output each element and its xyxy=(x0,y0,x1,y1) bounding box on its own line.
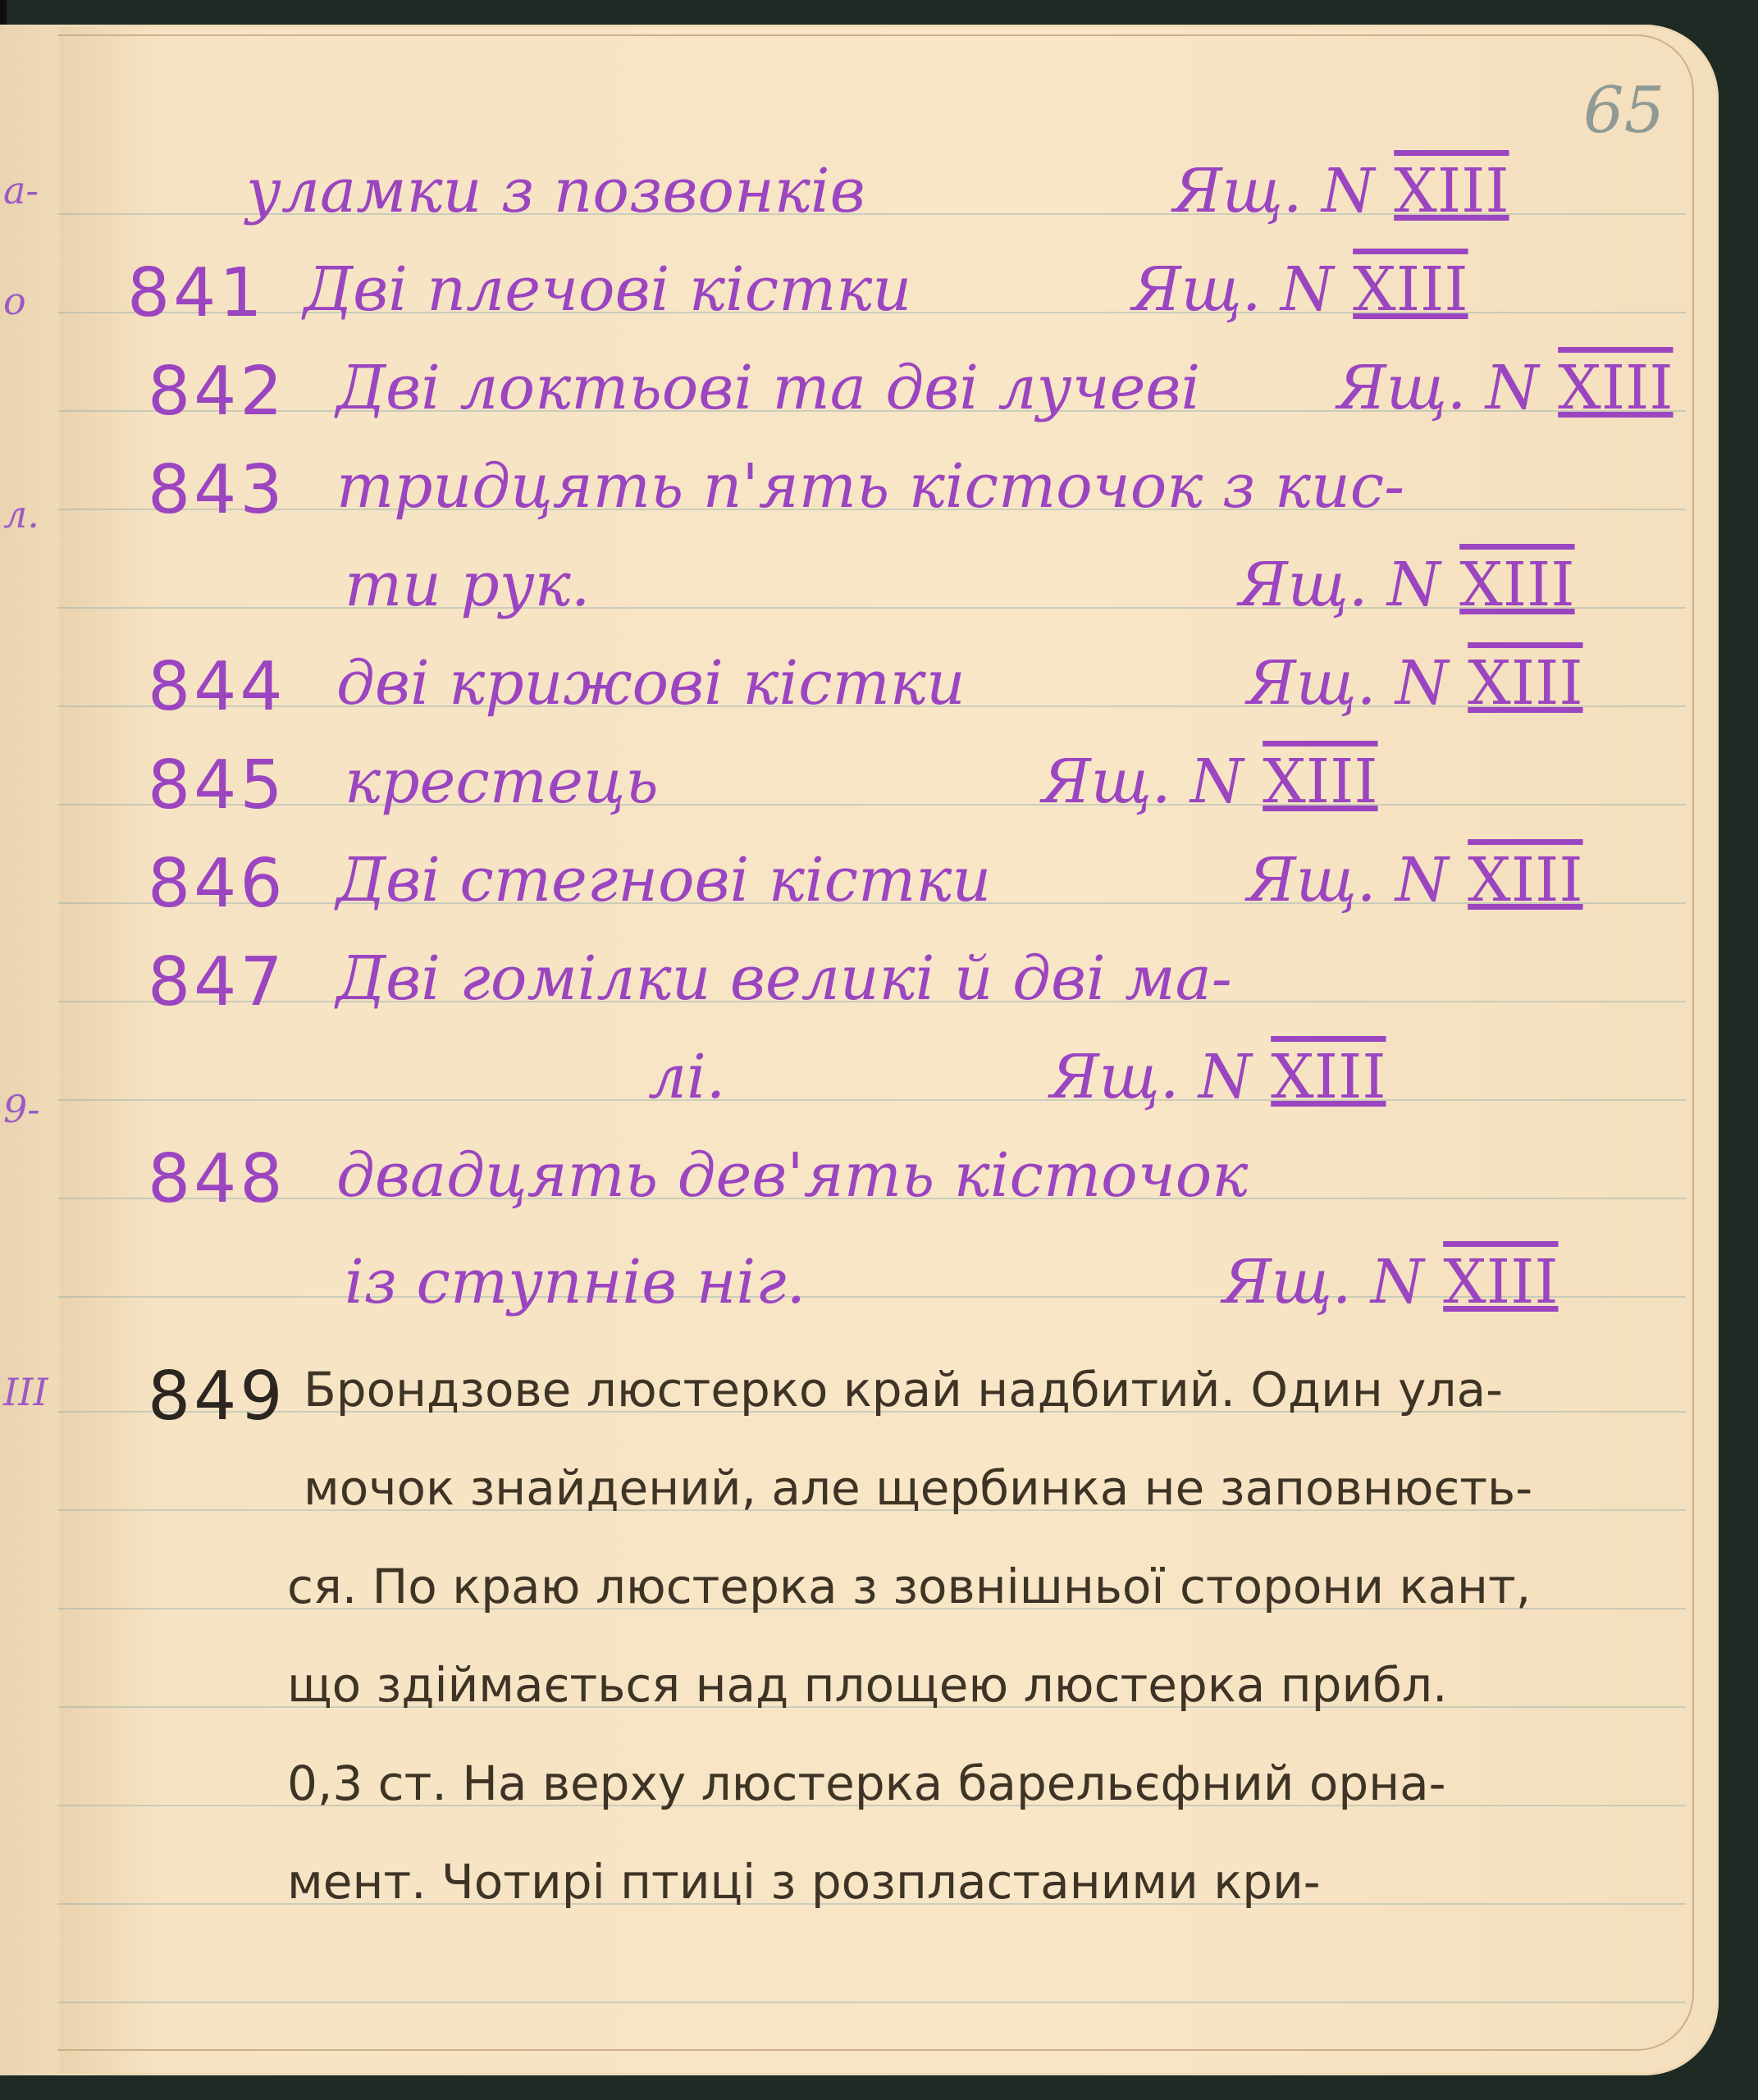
entry-text-line: мочок знайдений, але щербинка не заповню… xyxy=(304,1460,1532,1516)
entry-text: тридцять п'ять кісточок з кис- xyxy=(336,451,1404,522)
entry-text: дві крижові кістки xyxy=(336,648,966,719)
box-reference: Ящ. N XIII xyxy=(1239,550,1575,620)
box-reference: Ящ. N XIII xyxy=(1247,648,1583,719)
entry-number: 844 xyxy=(148,648,286,726)
entry-text-line: мент. Чотирі птиці з розпластаними кри- xyxy=(287,1854,1321,1910)
entry-text: двадцять дев'ять кісточок xyxy=(336,1140,1248,1211)
left-page-fragment: 9- xyxy=(3,1087,40,1131)
ruled-line xyxy=(57,2002,1686,2003)
entry-text: Дві локтьові та дві лучеві xyxy=(336,353,1200,423)
entry-text: крестець xyxy=(345,746,659,817)
entry-text-line: 0,3 ст. На верху люстерка барельєфний ор… xyxy=(287,1755,1446,1811)
box-reference: Ящ. N XIII xyxy=(1050,1042,1386,1112)
page-border xyxy=(57,34,1694,2051)
entry-number: 843 xyxy=(148,451,286,529)
left-page-edge: а- о л. 9- ІІІ xyxy=(0,25,63,2075)
ruled-line xyxy=(57,1099,1686,1101)
page-number: 65 xyxy=(1583,74,1664,148)
box-reference: Ящ. N XIII xyxy=(1132,254,1468,325)
entry-number: 848 xyxy=(148,1140,286,1218)
entry-number: 847 xyxy=(148,943,286,1021)
entry-number: 842 xyxy=(148,353,286,431)
entry-text: Дві гомілки великі й дві ма- xyxy=(336,943,1232,1014)
box-reference: Ящ. N XIII xyxy=(1222,1247,1559,1317)
entry-text-line: ся. По краю люстерка з зовнішньої сторон… xyxy=(287,1559,1531,1614)
left-page-fragment: о xyxy=(3,279,26,323)
left-page-fragment: л. xyxy=(3,492,39,536)
entry-text: із ступнів ніг. xyxy=(345,1247,806,1317)
box-reference: Ящ. N XIII xyxy=(1173,156,1509,226)
entry-number: 849 xyxy=(148,1358,286,1436)
box-reference: Ящ. N XIII xyxy=(1042,746,1378,817)
notebook-page: 65 уламки з позвонків Ящ. N XIII 841 Дві… xyxy=(57,25,1719,2075)
entry-text-line: Брондзове люстерко край надбитий. Один у… xyxy=(304,1362,1503,1417)
left-page-fragment: ІІІ xyxy=(3,1370,48,1414)
entry-text: лі. xyxy=(648,1042,725,1112)
entry-number: 845 xyxy=(148,746,286,824)
box-reference: Ящ. N XIII xyxy=(1337,353,1674,423)
entry-number: 846 xyxy=(148,845,286,923)
box-reference: Ящ. N XIII xyxy=(1247,845,1583,915)
ruled-line xyxy=(57,804,1686,806)
entry-text-line: що здіймається над площею люстерка прибл… xyxy=(287,1657,1447,1713)
entry-text: Дві плечові кістки xyxy=(304,254,911,325)
entry-text: Дві стегнові кістки xyxy=(336,845,991,915)
entry-text: уламки з позвонків xyxy=(246,156,865,226)
entry-number: 841 xyxy=(127,254,266,332)
left-page-fragment: а- xyxy=(3,168,39,212)
entry-text: ти рук. xyxy=(345,550,590,620)
